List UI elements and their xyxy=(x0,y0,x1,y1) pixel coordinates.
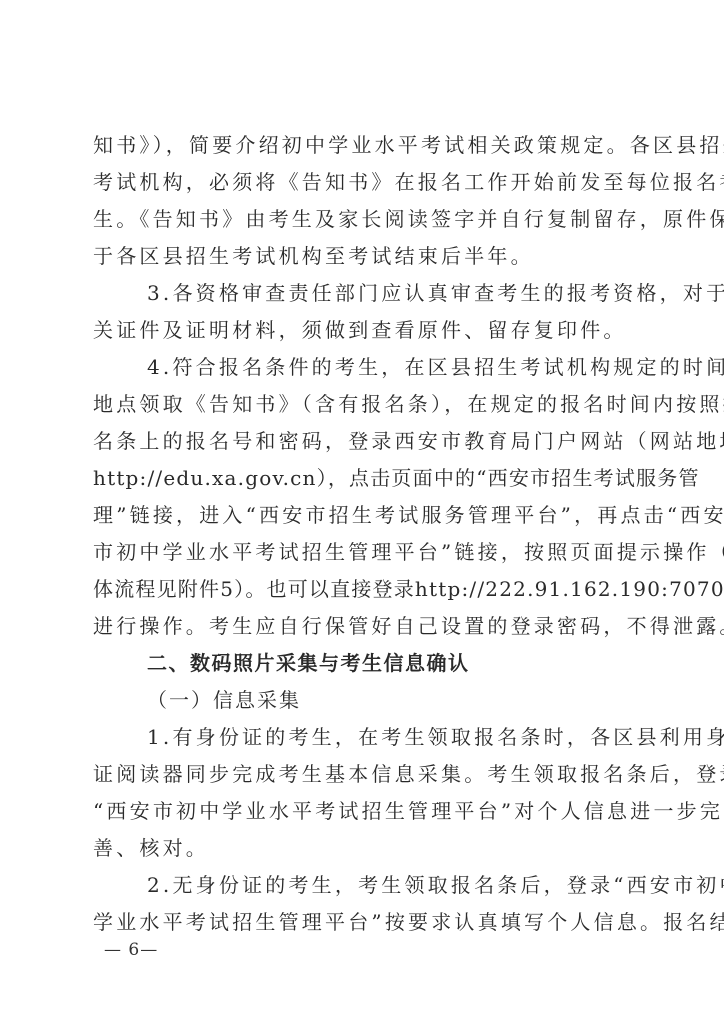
list-item-1: 1.有身份证的考生，在考生领取报名条时，各区县利用身份 xyxy=(93,719,635,756)
body-text-line: 善、核对。 xyxy=(93,830,635,867)
section-heading: 二、数码照片采集与考生信息确认 xyxy=(93,645,635,682)
list-item-2: 2.无身份证的考生，考生领取报名条后，登录“西安市初中 xyxy=(93,867,635,904)
body-text-line: 市初中学业水平考试招生管理平台”链接，按照页面提示操作（具 xyxy=(93,534,635,571)
page-number: — 6— xyxy=(104,940,158,960)
body-text-line: 于各区县招生考试机构至考试结束后半年。 xyxy=(93,238,635,275)
body-text-line: 关证件及证明材料，须做到查看原件、留存复印件。 xyxy=(93,312,635,349)
body-text-line: 理”链接，进入“西安市招生考试服务管理平台”，再点击“西安 xyxy=(93,497,635,534)
list-item-4: 4.符合报名条件的考生，在区县招生考试机构规定的时间和 xyxy=(93,349,635,386)
subsection-heading: （一）信息采集 xyxy=(93,682,635,719)
body-text-line: 地点领取《告知书》（含有报名条），在规定的报名时间内按照报 xyxy=(93,386,635,423)
body-text-line: 知书》），简要介绍初中学业水平考试相关政策规定。各区县招生 xyxy=(93,127,635,164)
list-item-3: 3.各资格审查责任部门应认真审查考生的报考资格，对于相 xyxy=(93,275,635,312)
body-text-line: 名条上的报名号和密码，登录西安市教育局门户网站（网站地址： xyxy=(93,423,635,460)
document-page: 知书》），简要介绍初中学业水平考试相关政策规定。各区县招生 考试机构，必须将《告… xyxy=(93,127,635,941)
body-text-line: “西安市初中学业水平考试招生管理平台”对个人信息进一步完 xyxy=(93,793,635,830)
body-text-line: 进行操作。考生应自行保管好自己设置的登录密码，不得泄露。 xyxy=(93,608,635,645)
body-text-line: 证阅读器同步完成考生基本信息采集。考生领取报名条后，登录 xyxy=(93,756,635,793)
url-text-line: http://edu.xa.gov.cn），点击页面中的“西安市招生考试服务管 xyxy=(93,460,635,497)
body-text-line: 生。《告知书》由考生及家长阅读签字并自行复制留存，原件保存 xyxy=(93,201,635,238)
url-text-line: 体流程见附件5）。也可以直接登录http://222.91.162.190:70… xyxy=(93,571,635,608)
body-text-line: 学业水平考试招生管理平台”按要求认真填写个人信息。报名结 xyxy=(93,904,635,941)
body-text-line: 考试机构，必须将《告知书》在报名工作开始前发至每位报名考 xyxy=(93,164,635,201)
